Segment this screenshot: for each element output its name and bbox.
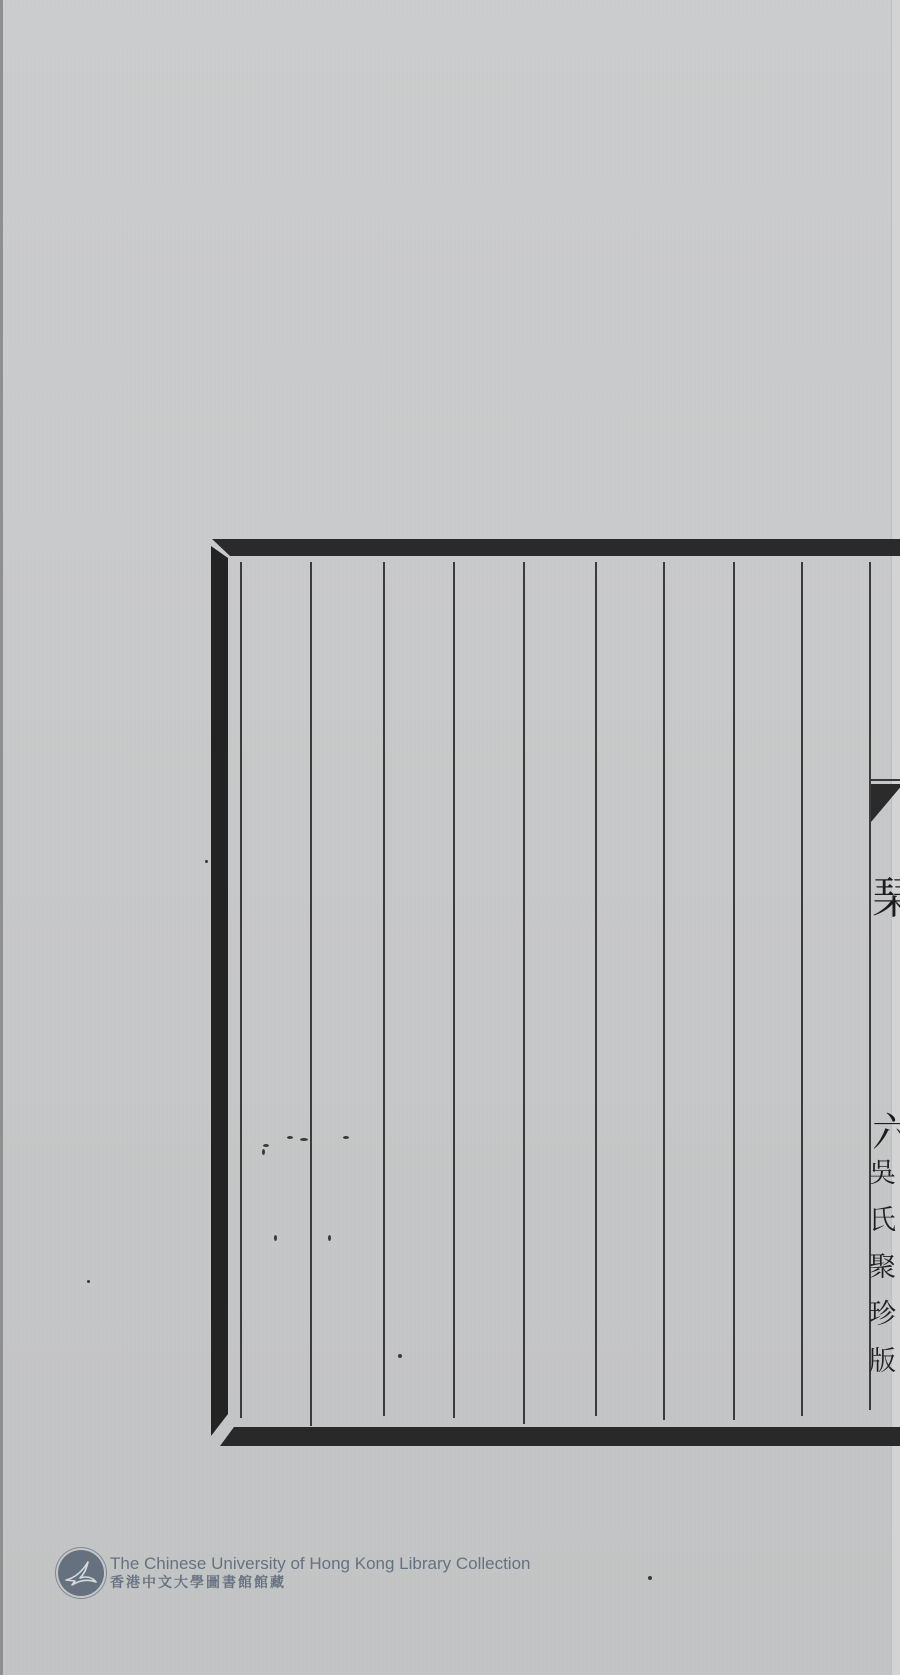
ink-speck <box>398 1354 402 1358</box>
ink-speck <box>205 860 208 863</box>
ink-speck <box>343 1136 349 1139</box>
column-rule-line <box>663 562 665 1420</box>
column-rule-line <box>733 562 735 1420</box>
watermark-chinese-text: 香港中文大學圖書館館藏 <box>110 1574 530 1592</box>
book-title-fragment: 琹 <box>872 877 900 921</box>
page-edge-right <box>891 0 900 1675</box>
ink-speck <box>262 1149 265 1155</box>
ink-speck <box>287 1136 293 1139</box>
juan-number: 六 <box>872 1113 900 1153</box>
column-rule-line <box>801 562 803 1416</box>
ink-speck <box>300 1138 308 1141</box>
imprint-text: 吳氏聚珍版 <box>873 1158 900 1393</box>
library-watermark: The Chinese University of Hong Kong Libr… <box>58 1550 530 1596</box>
column-rule-line <box>523 562 525 1424</box>
frame-top-border <box>212 539 900 556</box>
ink-speck <box>274 1235 277 1241</box>
column-rule-line <box>240 562 242 1418</box>
frame-bottom-border <box>220 1427 900 1446</box>
column-rule-line <box>595 562 597 1416</box>
column-rule-line <box>310 562 312 1426</box>
watermark-english-text: The Chinese University of Hong Kong Libr… <box>110 1554 530 1574</box>
frame-left-border <box>211 546 228 1436</box>
ink-speck <box>648 1576 652 1580</box>
fishtail-top-rule <box>870 779 900 781</box>
ink-speck <box>87 1280 90 1283</box>
ink-speck <box>328 1235 331 1241</box>
ink-speck <box>263 1144 269 1147</box>
page-edge-left <box>0 0 3 1675</box>
column-rule-line <box>383 562 385 1416</box>
swallow-bird-logo-icon <box>58 1550 104 1596</box>
column-rule-line <box>453 562 455 1418</box>
